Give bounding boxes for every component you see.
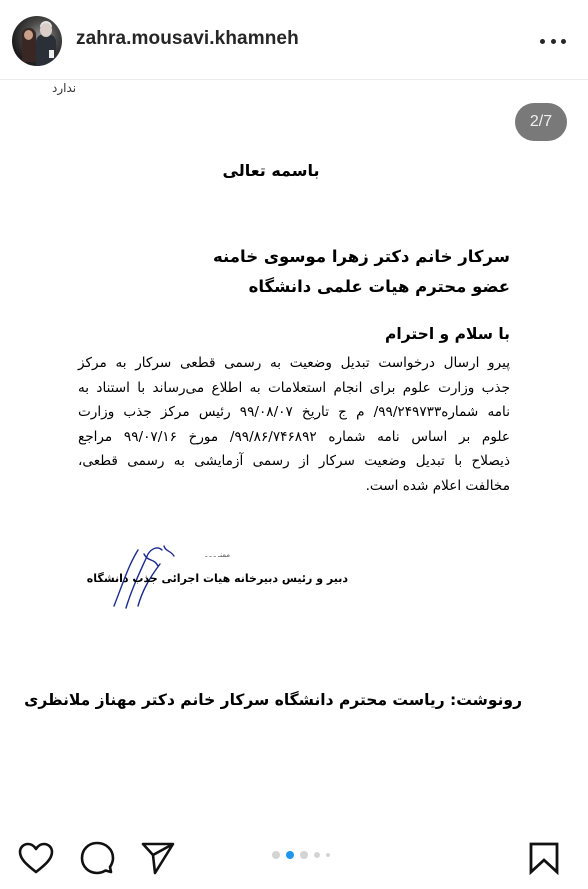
send-icon[interactable] bbox=[140, 840, 176, 880]
letter-body-line: مخالفت اعلام شده است. bbox=[78, 474, 510, 499]
letter-body-line: جذب وزارت علوم برای انجام استعلامات به ا… bbox=[78, 376, 510, 401]
username-link[interactable]: zahra.mousavi.khamneh bbox=[76, 28, 299, 50]
avatar-detail bbox=[49, 50, 54, 58]
letter-body: پیرو ارسال درخواست تبدیل وضعیت به رسمی ق… bbox=[78, 351, 510, 499]
post-action-bar bbox=[0, 823, 588, 889]
avatar[interactable] bbox=[12, 16, 62, 66]
comment-icon[interactable] bbox=[79, 840, 115, 880]
avatar-figure-face bbox=[24, 30, 33, 40]
letter-body-line: نامه شماره۹۹/۲۴۹۷۳۳/ م ج تاریخ ۹۹/۰۸/۰۷ … bbox=[78, 400, 510, 425]
letter-body-line: علوم بر اساس نامه شماره ۹۹/۸۶/۷۴۶۸۹۲/ مو… bbox=[78, 425, 510, 450]
carousel-indicator bbox=[272, 850, 330, 860]
dot bbox=[551, 39, 556, 44]
letter-cc: رونوشت: ریاست محترم دانشگاه سرکار خانم د… bbox=[24, 691, 522, 709]
carousel-dot bbox=[272, 851, 280, 859]
letter-recipient-title: عضو محترم هیات علمی دانشگاه bbox=[249, 277, 510, 296]
stamp-text: ممنـ ـ ـ ـ bbox=[205, 551, 230, 559]
carousel-dot bbox=[326, 853, 330, 857]
dot bbox=[540, 39, 545, 44]
more-options-icon[interactable] bbox=[540, 36, 566, 46]
letter-recipient-name: سرکار خانم دکتر زهرا موسوی خامنه bbox=[213, 247, 510, 266]
post-image[interactable]: ندارد 2/7 باسمه تعالی سرکار خانم دکتر زه… bbox=[0, 81, 588, 823]
dot bbox=[561, 39, 566, 44]
letter-body-line: ذیصلاح با تبدیل وضعیت سرکار از رسمی آزما… bbox=[78, 449, 510, 474]
carousel-dot-active bbox=[286, 851, 294, 859]
carousel-dot bbox=[300, 851, 308, 859]
signature-block: ممنـ ـ ـ ـ دبیر و رئیس دبیرخانه هیات اجر… bbox=[108, 536, 348, 616]
bookmark-icon[interactable] bbox=[528, 841, 560, 879]
letter-heading: باسمه تعالی bbox=[200, 161, 342, 180]
signer-title: دبیر و رئیس دبیرخانه هیات اجرائی جذب دان… bbox=[87, 572, 348, 585]
carousel-dot bbox=[314, 852, 320, 858]
letter-greeting: با سلام و احترام bbox=[385, 325, 510, 343]
previous-slide-tail-text: ندارد bbox=[52, 81, 76, 95]
carousel-counter-badge: 2/7 bbox=[515, 103, 567, 141]
heart-icon[interactable] bbox=[17, 841, 55, 879]
avatar-figure-face bbox=[40, 23, 52, 37]
post-header: zahra.mousavi.khamneh bbox=[0, 0, 588, 80]
letter-body-line: پیرو ارسال درخواست تبدیل وضعیت به رسمی ق… bbox=[78, 351, 510, 376]
